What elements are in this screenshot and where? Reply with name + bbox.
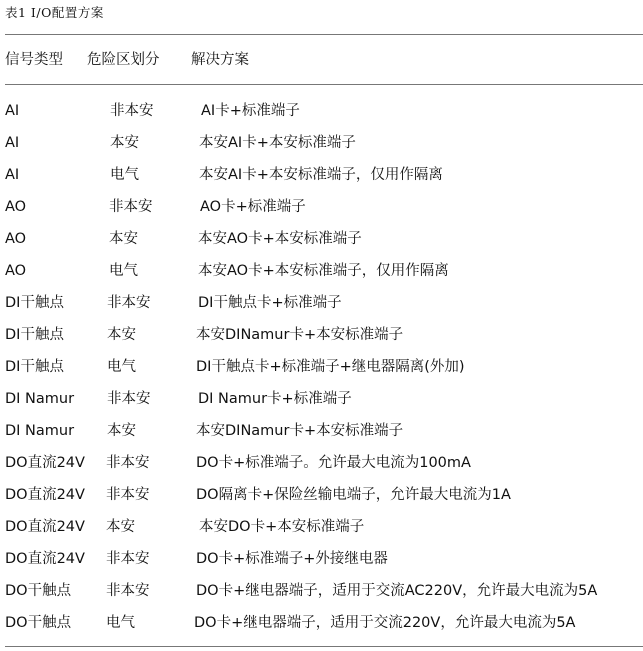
cell-zone: 电气: [107, 355, 136, 379]
cell-zone: 电气: [106, 611, 135, 635]
cell-signal: DO直流24V: [5, 483, 85, 507]
cell-solution: DI Namur卡+标准端子: [198, 387, 352, 411]
cell-signal: AO: [5, 227, 26, 251]
cell-signal: DO直流24V: [5, 515, 85, 539]
cell-zone: 本安: [106, 515, 135, 539]
cell-solution: DI干触点卡+标准端子: [198, 291, 342, 315]
cell-solution: DO卡+继电器端子，适用于交流AC220V，允许最大电流为5A: [196, 579, 597, 603]
cell-zone: 非本安: [106, 451, 150, 475]
table-row: DO直流24V 非本安 DO隔离卡+保险丝输电端子，允许最大电流为1A: [0, 483, 643, 507]
cell-zone: 非本安: [110, 99, 154, 123]
cell-solution: 本安DINamur卡+本安标准端子: [196, 323, 403, 347]
table-row: DI干触点 非本安 DI干触点卡+标准端子: [0, 291, 643, 315]
cell-zone: 电气: [109, 259, 138, 283]
cell-solution: DO卡+标准端子。允许最大电流为100mA: [196, 451, 471, 475]
cell-signal: AI: [5, 99, 19, 123]
header-signal-type: 信号类型: [5, 48, 63, 72]
cell-zone: 本安: [107, 323, 136, 347]
table-row: DI Namur 非本安 DI Namur卡+标准端子: [0, 387, 643, 411]
cell-zone: 本安: [109, 227, 138, 251]
cell-solution: 本安AO卡+本安标准端子，仅用作隔离: [198, 259, 449, 283]
cell-signal: AI: [5, 163, 19, 187]
top-rule: [5, 34, 643, 35]
cell-zone: 非本安: [106, 483, 150, 507]
table-caption: 表1 I/O配置方案: [5, 3, 104, 21]
table-row: DI干触点 本安 本安DINamur卡+本安标准端子: [0, 323, 643, 347]
table-header: 信号类型 危险区划分 解决方案: [0, 48, 643, 72]
table-row: DO直流24V 本安 本安DO卡+本安标准端子: [0, 515, 643, 539]
cell-signal: DI干触点: [5, 355, 64, 379]
cell-signal: DO直流24V: [5, 547, 85, 571]
table-row: DI干触点 电气 DI干触点卡+标准端子+继电器隔离(外加): [0, 355, 643, 379]
cell-signal: DI干触点: [5, 291, 64, 315]
cell-solution: DI干触点卡+标准端子+继电器隔离(外加): [196, 355, 465, 379]
cell-zone: 电气: [110, 163, 139, 187]
table-row: AI 本安 本安AI卡+本安标准端子: [0, 131, 643, 155]
header-hazard-zone: 危险区划分: [87, 48, 160, 72]
cell-signal: DI干触点: [5, 323, 64, 347]
cell-solution: DO卡+继电器端子，适用于交流220V，允许最大电流为5A: [194, 611, 575, 635]
table-row: AI 非本安 AI卡+标准端子: [0, 99, 643, 123]
header-solution: 解决方案: [191, 48, 249, 72]
cell-zone: 非本安: [109, 195, 153, 219]
table-row: AO 本安 本安AO卡+本安标准端子: [0, 227, 643, 251]
cell-zone: 非本安: [106, 547, 150, 571]
bottom-rule: [5, 646, 643, 647]
table-row: AO 电气 本安AO卡+本安标准端子，仅用作隔离: [0, 259, 643, 283]
cell-signal: AO: [5, 195, 26, 219]
cell-signal: DO干触点: [5, 579, 71, 603]
cell-signal: DI Namur: [5, 419, 74, 443]
table-row: AO 非本安 AO卡+标准端子: [0, 195, 643, 219]
cell-zone: 非本安: [107, 387, 151, 411]
cell-zone: 非本安: [106, 579, 150, 603]
cell-solution: DO隔离卡+保险丝输电端子，允许最大电流为1A: [196, 483, 511, 507]
header-rule: [5, 84, 643, 85]
cell-signal: DO干触点: [5, 611, 71, 635]
table-row: DI Namur 本安 本安DINamur卡+本安标准端子: [0, 419, 643, 443]
table-row: DO干触点 非本安 DO卡+继电器端子，适用于交流AC220V，允许最大电流为5…: [0, 579, 643, 603]
cell-signal: AI: [5, 131, 19, 155]
cell-signal: DO直流24V: [5, 451, 85, 475]
cell-solution: 本安AI卡+本安标准端子: [199, 131, 356, 155]
cell-signal: DI Namur: [5, 387, 74, 411]
cell-signal: AO: [5, 259, 26, 283]
cell-solution: 本安AO卡+本安标准端子: [198, 227, 362, 251]
table-row: AI 电气 本安AI卡+本安标准端子，仅用作隔离: [0, 163, 643, 187]
cell-zone: 本安: [107, 419, 136, 443]
cell-solution: AI卡+标准端子: [201, 99, 300, 123]
cell-zone: 本安: [110, 131, 139, 155]
cell-solution: DO卡+标准端子+外接继电器: [196, 547, 388, 571]
cell-zone: 非本安: [107, 291, 151, 315]
cell-solution: 本安DINamur卡+本安标准端子: [196, 419, 403, 443]
table-row: DO干触点 电气 DO卡+继电器端子，适用于交流220V，允许最大电流为5A: [0, 611, 643, 635]
table-row: DO直流24V 非本安 DO卡+标准端子。允许最大电流为100mA: [0, 451, 643, 475]
cell-solution: 本安DO卡+本安标准端子: [199, 515, 364, 539]
cell-solution: 本安AI卡+本安标准端子，仅用作隔离: [199, 163, 443, 187]
table-row: DO直流24V 非本安 DO卡+标准端子+外接继电器: [0, 547, 643, 571]
cell-solution: AO卡+标准端子: [200, 195, 306, 219]
